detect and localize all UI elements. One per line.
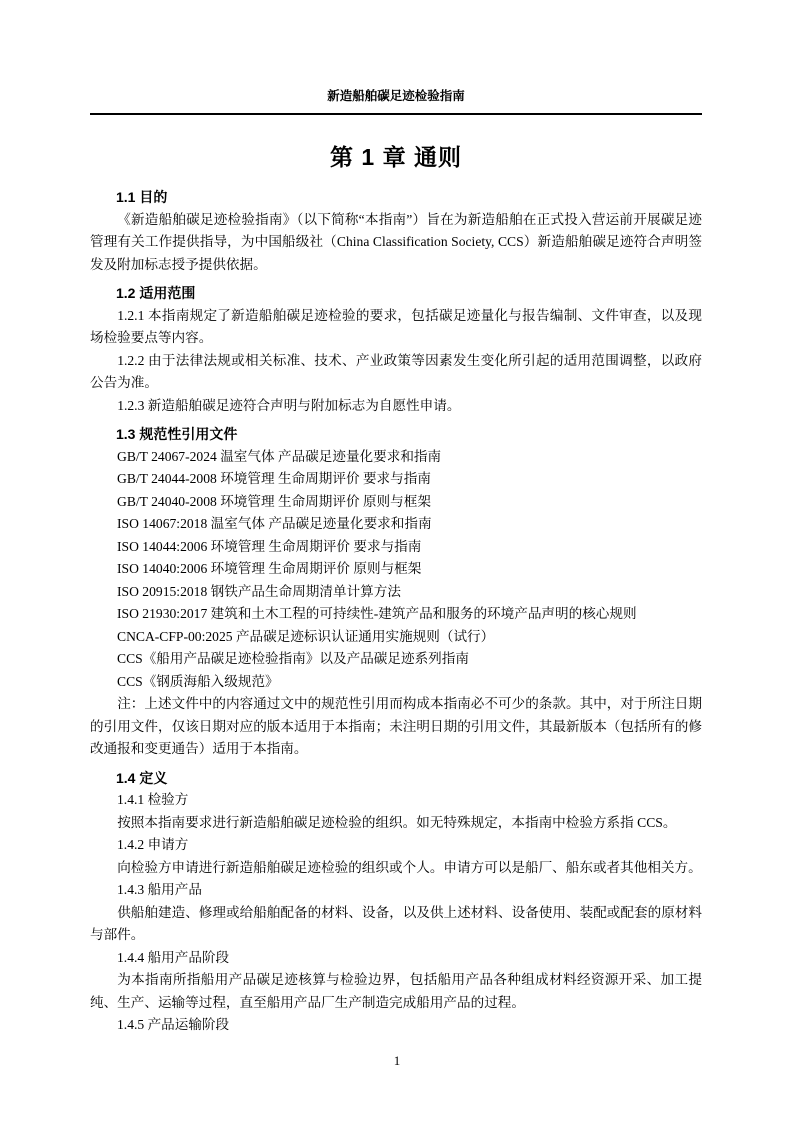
page-number: 1 <box>0 1052 794 1070</box>
paragraph-scope-1: 1.2.1 本指南规定了新造船舶碳足迹检验的要求，包括碳足迹量化与报告编制、文件… <box>90 305 702 350</box>
definition-term: 1.4.4 船用产品阶段 <box>90 947 702 970</box>
definition-text: 向检验方申请进行新造船舶碳足迹检验的组织或个人。申请方可以是船厂、船东或者其他相… <box>90 857 702 880</box>
document-page: 新造船舶碳足迹检验指南 第 1 章 通则 1.1 目的 《新造船舶碳足迹检验指南… <box>0 0 794 1123</box>
section-heading-1-4: 1.4 定义 <box>90 767 702 790</box>
reference-item: ISO 14040:2006 环境管理 生命周期评价 原则与框架 <box>90 558 702 581</box>
definition-text: 按照本指南要求进行新造船舶碳足迹检验的组织。如无特殊规定，本指南中检验方系指 C… <box>90 812 702 835</box>
definition-term: 1.4.2 申请方 <box>90 834 702 857</box>
definition-text: 为本指南所指船用产品碳足迹核算与检验边界，包括船用产品各种组成材料经资源开采、加… <box>90 969 702 1014</box>
definition-text: 供船舶建造、修理或给船舶配备的材料、设备，以及供上述材料、设备使用、装配或配套的… <box>90 902 702 947</box>
chapter-title: 第 1 章 通则 <box>90 142 702 172</box>
reference-item: GB/T 24067-2024 温室气体 产品碳足迹量化要求和指南 <box>90 446 702 469</box>
section-heading-1-3: 1.3 规范性引用文件 <box>90 423 702 446</box>
paragraph-scope-3: 1.2.3 新造船舶碳足迹符合声明与附加标志为自愿性申请。 <box>90 395 702 418</box>
section-heading-1-1: 1.1 目的 <box>90 186 702 209</box>
reference-item: GB/T 24044-2008 环境管理 生命周期评价 要求与指南 <box>90 468 702 491</box>
reference-item: CCS《钢质海船入级规范》 <box>90 671 702 694</box>
definition-term: 1.4.1 检验方 <box>90 789 702 812</box>
running-header-title: 新造船舶碳足迹检验指南 <box>327 89 465 103</box>
reference-item: ISO 14044:2006 环境管理 生命周期评价 要求与指南 <box>90 536 702 559</box>
section-heading-1-2: 1.2 适用范围 <box>90 282 702 305</box>
reference-item: CNCA-CFP-00:2025 产品碳足迹标识认证通用实施规则（试行） <box>90 626 702 649</box>
paragraph-scope-2: 1.2.2 由于法律法规或相关标准、技术、产业政策等因素发生变化所引起的适用范围… <box>90 350 702 395</box>
reference-item: CCS《船用产品碳足迹检验指南》以及产品碳足迹系列指南 <box>90 648 702 671</box>
reference-item: ISO 21930:2017 建筑和土木工程的可持续性-建筑产品和服务的环境产品… <box>90 603 702 626</box>
running-header: 新造船舶碳足迹检验指南 <box>90 88 702 115</box>
reference-item: ISO 20915:2018 钢铁产品生命周期清单计算方法 <box>90 581 702 604</box>
page-content: 新造船舶碳足迹检验指南 第 1 章 通则 1.1 目的 《新造船舶碳足迹检验指南… <box>90 88 702 1037</box>
definition-term: 1.4.5 产品运输阶段 <box>90 1014 702 1037</box>
reference-item: ISO 14067:2018 温室气体 产品碳足迹量化要求和指南 <box>90 513 702 536</box>
paragraph-purpose: 《新造船舶碳足迹检验指南》（以下简称“本指南”）旨在为新造船舶在正式投入营运前开… <box>90 209 702 277</box>
reference-item: GB/T 24040-2008 环境管理 生命周期评价 原则与框架 <box>90 491 702 514</box>
references-note: 注：上述文件中的内容通过文中的规范性引用而构成本指南必不可少的条款。其中，对于所… <box>90 693 702 761</box>
definition-term: 1.4.3 船用产品 <box>90 879 702 902</box>
